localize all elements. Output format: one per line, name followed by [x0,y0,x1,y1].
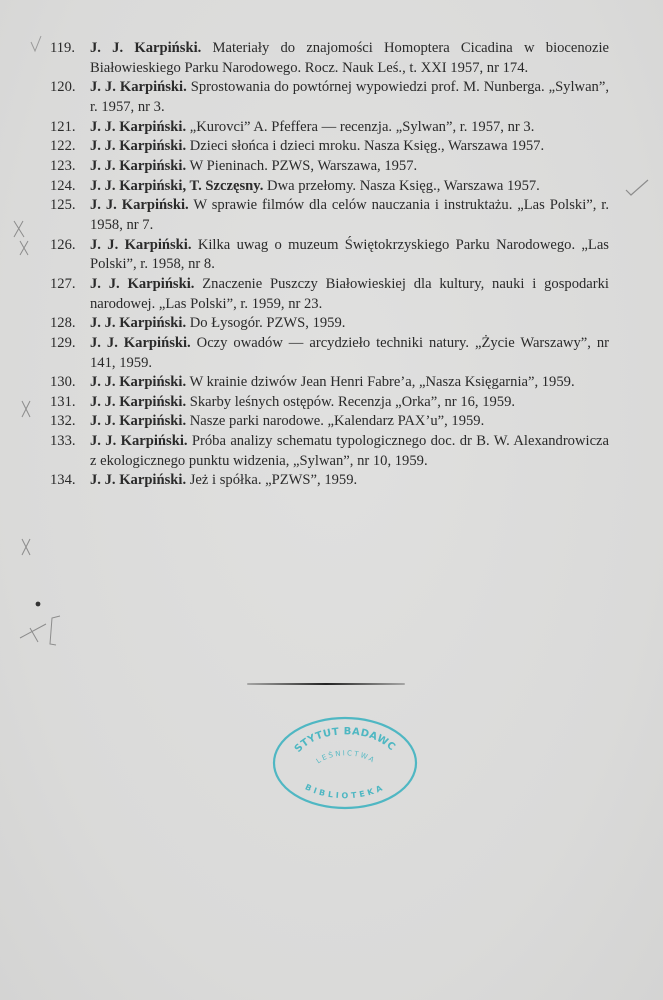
pencil-checkmark-icon [28,34,44,54]
entry-author: J. J. Karpiński. [90,197,189,213]
entry-author: J. J. Karpiński. [90,158,186,174]
bibliography-entry-120: 120.J. J. Karpiński. Sprostowania do pow… [50,78,609,117]
entry-author: J. J. Karpiński. [90,335,191,351]
section-divider-rule [247,683,405,685]
pencil-dot-icon [34,600,42,608]
bibliography-entry-131: 131.J. J. Karpiński. Skarby leśnych ostę… [50,393,609,413]
bibliography-entry-134: 134.J. J. Karpiński. Jeż i spółka. „PZWS… [50,471,609,491]
entry-author: J. J. Karpiński. [90,433,188,449]
entry-number: 122. [50,137,84,157]
entry-number: 126. [50,236,84,256]
bibliography-entry-124: 124.J. J. Karpiński, T. Szczęsny. Dwa pr… [50,177,609,197]
library-stamp: INSTYTUT BADAWCZY LEŚNICTWA BIBLIOTEKA [270,714,420,812]
entry-number: 133. [50,432,84,452]
entry-text: W krainie dziwów Jean Henri Fabre’a, „Na… [186,374,574,390]
entry-text: „Kurovci” A. Pfeffera — recenzja. „Sylwa… [186,119,534,135]
entry-text: Do Łysogór. PZWS, 1959. [186,315,345,331]
entry-number: 132. [50,412,84,432]
entry-author: J. J. Karpiński. [90,79,187,95]
bibliography-entry-121: 121.J. J. Karpiński. „Kurovci” A. Pfeffe… [50,118,609,138]
entry-text: Dwa przełomy. Nasza Księg., Warszawa 195… [263,178,539,194]
entry-text: W Pieninach. PZWS, Warszawa, 1957. [186,158,417,174]
bibliography-entry-133: 133.J. J. Karpiński. Próba analizy schem… [50,432,609,471]
bibliography-list: 119.J. J. Karpiński. Materiały do znajom… [50,39,609,491]
pencil-x-mark-icon [20,400,32,418]
document-page: 119.J. J. Karpiński. Materiały do znajom… [0,0,663,1000]
pencil-x-mark-icon [20,538,32,556]
bibliography-entry-127: 127.J. J. Karpiński. Znaczenie Puszczy B… [50,275,609,314]
svg-text:BIBLIOTEKA: BIBLIOTEKA [304,782,387,800]
entry-number: 128. [50,314,84,334]
entry-number: 119. [50,39,84,59]
entry-author: J. J. Karpiński. [90,413,186,429]
entry-author: J. J. Karpiński. [90,237,191,253]
entry-author: J. J. Karpiński. [90,374,186,390]
entry-number: 130. [50,373,84,393]
entry-number: 129. [50,334,84,354]
bibliography-entry-130: 130.J. J. Karpiński. W krainie dziwów Je… [50,373,609,393]
bibliography-entry-132: 132.J. J. Karpiński. Nasze parki narodow… [50,412,609,432]
entry-author: J. J. Karpiński. [90,315,186,331]
entry-number: 125. [50,196,84,216]
entry-number: 123. [50,157,84,177]
pencil-x-mark-icon [18,240,30,256]
entry-author: J. J. Karpiński, T. Szczęsny. [90,178,263,194]
entry-author: J. J. Karpiński. [90,40,201,56]
pencil-checkmark-icon [624,178,650,198]
entry-text: Nasze parki narodowe. „Kalendarz PAX’u”,… [186,413,484,429]
entry-author: J. J. Karpiński. [90,138,186,154]
bibliography-entry-126: 126.J. J. Karpiński. Kilka uwag o muzeum… [50,236,609,275]
entry-text: Jeż i spółka. „PZWS”, 1959. [186,472,357,488]
entry-number: 131. [50,393,84,413]
entry-author: J. J. Karpiński. [90,276,194,292]
entry-author: J. J. Karpiński. [90,394,186,410]
bibliography-entry-122: 122.J. J. Karpiński. Dzieci słońca i dzi… [50,137,609,157]
entry-author: J. J. Karpiński. [90,472,186,488]
bibliography-entry-123: 123.J. J. Karpiński. W Pieninach. PZWS, … [50,157,609,177]
bibliography-entry-125: 125.J. J. Karpiński. W sprawie filmów dl… [50,196,609,235]
entry-number: 134. [50,471,84,491]
entry-number: 127. [50,275,84,295]
entry-text: Skarby leśnych ostępów. Recenzja „Orka”,… [186,394,515,410]
pencil-x-bracket-icon [16,612,62,648]
entry-number: 120. [50,78,84,98]
svg-text:LEŚNICTWA: LEŚNICTWA [315,749,377,765]
bibliography-entry-129: 129.J. J. Karpiński. Oczy owadów — arcyd… [50,334,609,373]
entry-author: J. J. Karpiński. [90,119,186,135]
entry-text: Dzieci słońca i dzieci mroku. Nasza Księ… [186,138,544,154]
bibliography-entry-119: 119.J. J. Karpiński. Materiały do znajom… [50,39,609,78]
entry-number: 121. [50,118,84,138]
entry-number: 124. [50,177,84,197]
pencil-x-mark-icon [12,220,26,238]
bibliography-entry-128: 128.J. J. Karpiński. Do Łysogór. PZWS, 1… [50,314,609,334]
stamp-bottom-text: BIBLIOTEKA [304,782,387,800]
stamp-middle-text: LEŚNICTWA [315,749,377,765]
